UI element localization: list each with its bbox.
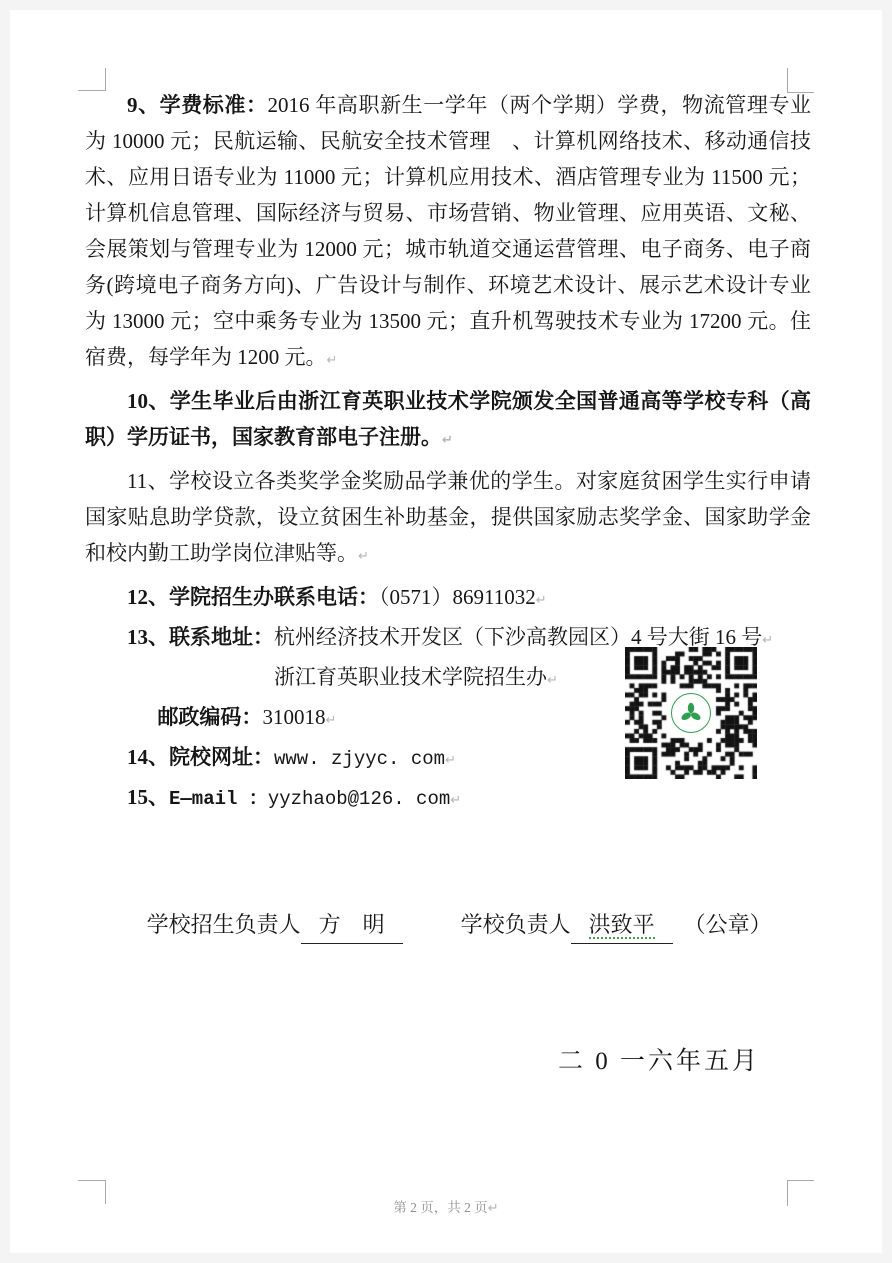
recruit-officer-label: 学校招生负责人 [147,912,301,937]
email-address: yyzhaob@126. com [268,788,450,810]
recruit-officer-name-field: 方 明 [301,907,403,944]
paragraph-mark: ↵ [762,633,773,648]
college-trefoil-icon [678,700,704,726]
address-line-1: 杭州经济技术开发区（下沙高教园区）4 号大街 16 号 [274,625,762,649]
item-9-text: 2016 年高职新生一学年（两个学期）学费，物流管理专业为 10000 元；民航… [85,93,811,369]
paragraph-mark: ↵ [442,433,453,448]
paragraph-mark: ↵ [536,593,547,608]
signature-row: 学校招生负责人方 明学校负责人洪致平 （公章） [85,907,811,944]
document-page: 9、学费标准：2016 年高职新生一学年（两个学期）学费，物流管理专业为 100… [0,0,892,1263]
paragraph-mark: ↵ [445,753,456,768]
paragraph-mark: ↵ [325,713,336,728]
school-head-name-field: 洪致平 [571,907,673,944]
email-number-prefix: 15、 [127,785,169,809]
page-indicator: 第 2 页，共 2 页 [393,1200,488,1215]
wechat-qr-code [625,647,757,779]
school-head-name: 洪致平 [589,913,655,939]
address-label: 13、联系地址： [127,625,274,649]
school-head-label: 学校负责人 [461,912,571,937]
phone-label: 12、学院招生办联系电话： [127,585,379,609]
postal-code-value: 310018 [262,705,325,729]
paragraph-mark: ↵ [327,353,338,368]
document-body: 9、学费标准：2016 年高职新生一学年（两个学期）学费，物流管理专业为 100… [85,87,811,1080]
paragraph-diploma: 10、学生毕业后由浙江育英职业技术学院颁发全国普通高等学校专科（高职）学历证书，… [85,383,811,459]
phone-number: （0571）86911032 [379,585,536,609]
paragraph-mark: ↵ [488,1201,499,1216]
line-email: 15、E—mail ：yyzhaob@126. com↵ [85,779,811,819]
paragraph-mark: ↵ [450,793,461,808]
paragraph-tuition-fees: 9、学费标准：2016 年高职新生一学年（两个学期）学费，物流管理专业为 100… [85,87,811,379]
qr-center-logo [669,691,713,735]
email-label: E—mail ： [169,788,268,810]
line-phone: 12、学院招生办联系电话：（0571）86911032↵ [85,579,811,619]
paragraph-mark: ↵ [358,549,369,564]
recruit-officer-name: 方 明 [319,912,385,937]
website-url: www. zjyyc. com [274,748,445,770]
official-seal-note: （公章） [695,912,772,937]
paragraph-mark: ↵ [547,673,558,688]
item-11-text: 11、学校设立各类奖学金奖励品学兼优的学生。对家庭贫困学生实行申请国家贴息助学贷… [85,469,811,565]
website-label: 14、院校网址： [127,745,274,769]
page-number-footer: 第 2 页，共 2 页↵ [10,1196,882,1216]
item-9-label: 9、学费标准： [127,93,268,117]
address-line-2: 浙江育英职业技术学院招生办 [274,665,547,689]
document-date: 二 0 一六年五月 [85,1044,811,1080]
college-emblem-ring [671,693,711,733]
postal-code-label: 邮政编码： [157,705,262,729]
paragraph-scholarships: 11、学校设立各类奖学金奖励品学兼优的学生。对家庭贫困学生实行申请国家贴息助学贷… [85,463,811,575]
